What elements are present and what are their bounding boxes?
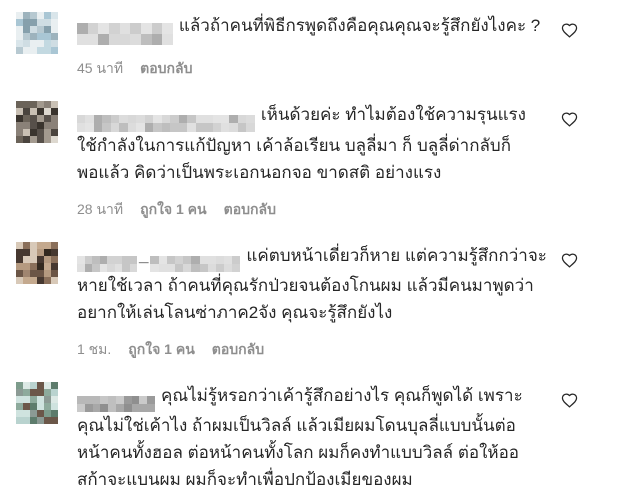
- like-column: [547, 242, 591, 269]
- heart-outline-icon: [561, 392, 578, 409]
- username-redacted[interactable]: [77, 16, 179, 35]
- avatar-blurred[interactable]: [16, 12, 58, 54]
- username-redacted[interactable]: [77, 386, 161, 405]
- reply-button[interactable]: ตอบกลับ: [140, 58, 192, 80]
- comment-text: คุณไม่รู้หรอกว่าเค้ารู้สึกอย่างไร คุณก็พ…: [77, 382, 547, 492]
- like-heart-button[interactable]: [561, 252, 578, 269]
- reply-button[interactable]: ตอบกลับ: [212, 339, 264, 361]
- comment-meta: 28 นาที ถูกใจ 1 คน ตอบกลับ: [77, 199, 547, 221]
- like-heart-button[interactable]: [561, 22, 578, 39]
- username-redacted[interactable]: [77, 105, 261, 124]
- comment-timestamp: 1 ชม.: [77, 339, 111, 361]
- likes-count-button[interactable]: ถูกใจ 1 คน: [140, 199, 207, 221]
- comment-content: แล้วถ้าคนที่พิธีกรพูดถึงคือคุณคุณจะรู้สึ…: [77, 12, 547, 80]
- comment-row: แล้วถ้าคนที่พิธีกรพูดถึงคือคุณคุณจะรู้สึ…: [0, 12, 622, 80]
- like-heart-button[interactable]: [561, 111, 578, 128]
- heart-outline-icon: [561, 111, 578, 128]
- comment-timestamp: 28 นาที: [77, 199, 123, 221]
- comment-content: คุณไม่รู้หรอกว่าเค้ารู้สึกอย่างไร คุณก็พ…: [77, 382, 547, 492]
- username-blur-block: [150, 256, 240, 272]
- like-column: [547, 101, 591, 128]
- like-column: [547, 12, 591, 39]
- comments-page: { "page": { "background": "#ffffff", "ty…: [0, 0, 622, 492]
- comment-timestamp: 45 นาที: [77, 58, 123, 80]
- comment-meta: 1 ชม. ถูกใจ 1 คน ตอบกลับ: [77, 339, 547, 361]
- comment-row: คุณไม่รู้หรอกว่าเค้ารู้สึกอย่างไร คุณก็พ…: [0, 382, 622, 492]
- likes-count-button[interactable]: ถูกใจ 1 คน: [128, 339, 195, 361]
- like-heart-button[interactable]: [561, 392, 578, 409]
- comment-text: _แค่ตบหน้าเดี่ยวก็หาย แต่ความรู้สึกกว่าจ…: [77, 242, 547, 326]
- reply-button[interactable]: ตอบกลับ: [224, 199, 276, 221]
- comment-body-text: แล้วถ้าคนที่พิธีกรพูดถึงคือคุณคุณจะรู้สึ…: [179, 16, 540, 35]
- comment-content: เห็นด้วยค่ะ ทำไมต้องใช้ความรุนแรง ใช้กำล…: [77, 101, 547, 221]
- username-blur-block: [77, 396, 155, 412]
- comment-row: _แค่ตบหน้าเดี่ยวก็หาย แต่ความรู้สึกกว่าจ…: [0, 242, 622, 361]
- username-blur-block: [77, 23, 173, 45]
- comment-row: เห็นด้วยค่ะ ทำไมต้องใช้ความรุนแรง ใช้กำล…: [0, 101, 622, 221]
- heart-outline-icon: [561, 22, 578, 39]
- comment-list: แล้วถ้าคนที่พิธีกรพูดถึงคือคุณคุณจะรู้สึ…: [0, 12, 622, 492]
- avatar-blurred[interactable]: [16, 101, 58, 143]
- comment-text: แล้วถ้าคนที่พิธีกรพูดถึงคือคุณคุณจะรู้สึ…: [77, 12, 547, 45]
- avatar-blurred[interactable]: [16, 382, 58, 424]
- comment-content: _แค่ตบหน้าเดี่ยวก็หาย แต่ความรู้สึกกว่าจ…: [77, 242, 547, 361]
- comment-meta: 45 นาที ตอบกลับ: [77, 58, 547, 80]
- username-redacted[interactable]: _: [77, 246, 246, 265]
- username-visible-char: _: [139, 246, 148, 265]
- heart-outline-icon: [561, 252, 578, 269]
- like-column: [547, 382, 591, 409]
- username-blur-block: [77, 256, 137, 272]
- avatar-blurred[interactable]: [16, 242, 58, 284]
- comment-text: เห็นด้วยค่ะ ทำไมต้องใช้ความรุนแรง ใช้กำล…: [77, 101, 547, 186]
- username-blur-block: [77, 115, 255, 132]
